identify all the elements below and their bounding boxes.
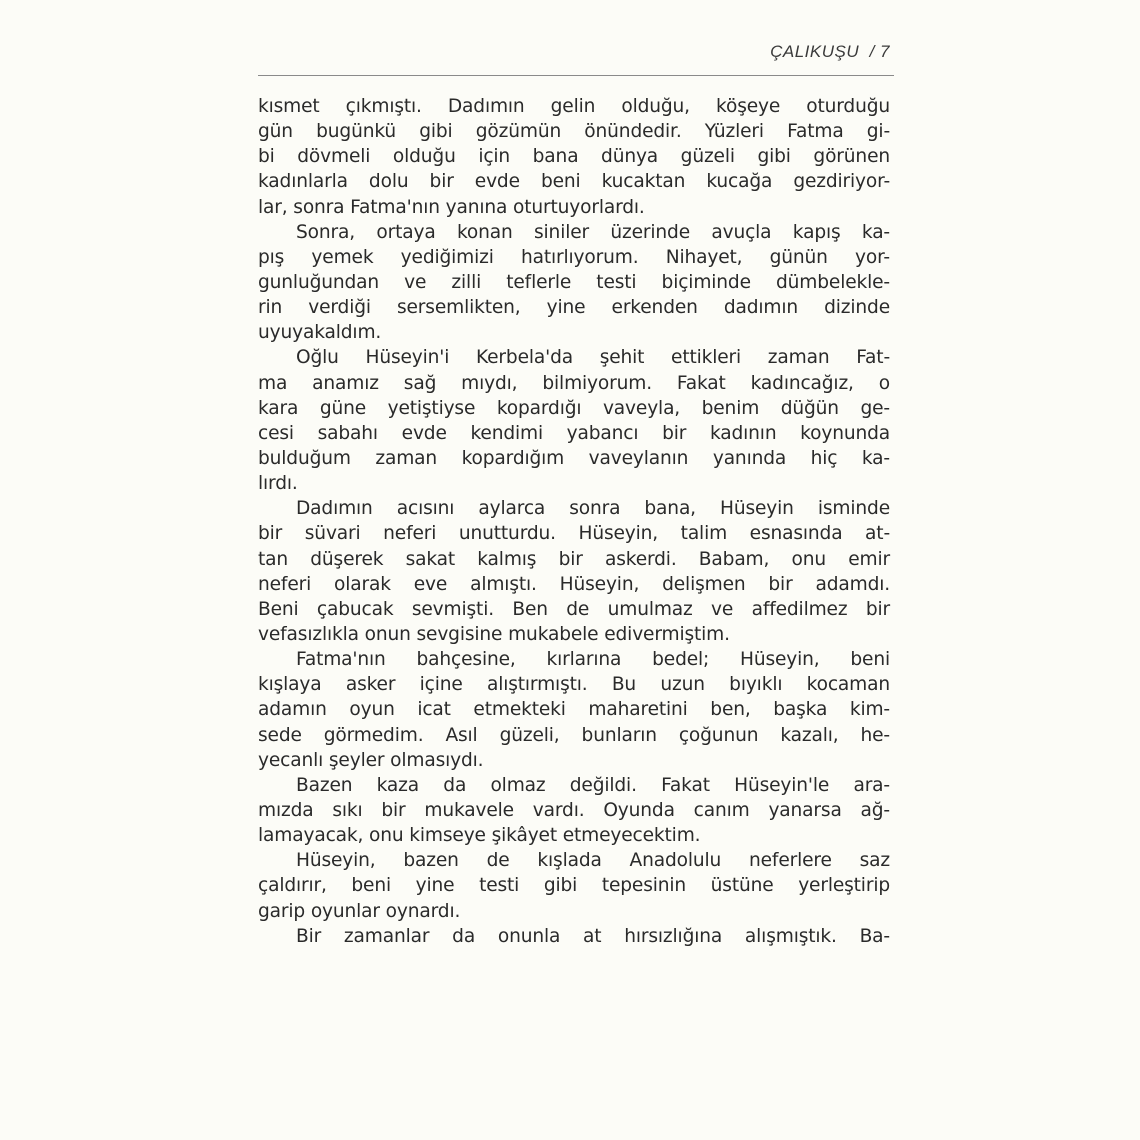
text-line: çaldırır, beni yine testi gibi tepesinin… xyxy=(258,873,890,898)
paragraph: Dadımın acısını aylarca sonra bana, Hüse… xyxy=(258,496,890,647)
text-line: pış yemek yediğimizi hatırlıyorum. Nihay… xyxy=(258,245,890,270)
text-line: kışlaya asker içine alıştırmıştı. Bu uzu… xyxy=(258,672,890,697)
text-line: ma anamız sağ mıydı, bilmiyorum. Fakat k… xyxy=(258,371,890,396)
paragraph: Bir zamanlar da onunla at hırsızlığına a… xyxy=(258,924,890,949)
text-line: bi dövmeli olduğu için bana dünya güzeli… xyxy=(258,144,890,169)
text-line: bulduğum zaman kopardığım vaveylanın yan… xyxy=(258,446,890,471)
text-line: rin verdiği sersemlikten, yine erkenden … xyxy=(258,295,890,320)
book-page: ÇALIKUŞU / 7 kısmet çıkmıştı. Dadımın ge… xyxy=(0,0,1140,1140)
text-line: lamayacak, onu kimseye şikâyet etmeyecek… xyxy=(258,823,890,848)
text-line: Bir zamanlar da onunla at hırsızlığına a… xyxy=(258,924,890,949)
text-line: lırdı. xyxy=(258,471,890,496)
text-line: tan düşerek sakat kalmış bir askerdi. Ba… xyxy=(258,547,890,572)
paragraph: Oğlu Hüseyin'i Kerbela'da şehit ettikler… xyxy=(258,345,890,496)
book-title: ÇALIKUŞU xyxy=(770,42,859,61)
text-line: gunluğundan ve zilli teflerle testi biçi… xyxy=(258,270,890,295)
text-line: bir süvari neferi unutturdu. Hüseyin, ta… xyxy=(258,521,890,546)
text-line: lar, sonra Fatma'nın yanına oturtuyorlar… xyxy=(258,195,890,220)
paragraph: Bazen kaza da olmaz değildi. Fakat Hüsey… xyxy=(258,773,890,848)
text-line: Fatma'nın bahçesine, kırlarına bedel; Hü… xyxy=(258,647,890,672)
text-line: Beni çabucak sevmişti. Ben de umulmaz ve… xyxy=(258,597,890,622)
text-line: yecanlı şeyler olmasıydı. xyxy=(258,748,890,773)
header-rule xyxy=(258,75,894,76)
text-line: uyuyakaldım. xyxy=(258,320,890,345)
text-line: adamın oyun icat etmekteki maharetini be… xyxy=(258,697,890,722)
text-line: gün bugünkü gibi gözümün önündedir. Yüzl… xyxy=(258,119,890,144)
text-line: Dadımın acısını aylarca sonra bana, Hüse… xyxy=(258,496,890,521)
paragraph: Fatma'nın bahçesine, kırlarına bedel; Hü… xyxy=(258,647,890,773)
text-line: garip oyunlar oynardı. xyxy=(258,899,890,924)
paragraph: kısmet çıkmıştı. Dadımın gelin olduğu, k… xyxy=(258,94,890,220)
text-line: Sonra, ortaya konan siniler üzerinde avu… xyxy=(258,220,890,245)
paragraph: Sonra, ortaya konan siniler üzerinde avu… xyxy=(258,220,890,346)
text-line: Bazen kaza da olmaz değildi. Fakat Hüsey… xyxy=(258,773,890,798)
text-line: Hüseyin, bazen de kışlada Anadolulu nefe… xyxy=(258,848,890,873)
running-head: ÇALIKUŞU / 7 xyxy=(700,42,890,62)
text-line: kara güne yetiştiyse kopardığı vaveyla, … xyxy=(258,396,890,421)
text-line: sede görmedim. Asıl güzeli, bunların çoğ… xyxy=(258,723,890,748)
text-line: vefasızlıkla onun sevgisine mukabele edi… xyxy=(258,622,890,647)
header-separator: / xyxy=(870,42,875,61)
paragraph: Hüseyin, bazen de kışlada Anadolulu nefe… xyxy=(258,848,890,923)
text-line: kadınlarla dolu bir evde beni kucaktan k… xyxy=(258,169,890,194)
text-line: Oğlu Hüseyin'i Kerbela'da şehit ettikler… xyxy=(258,345,890,370)
body-text: kısmet çıkmıştı. Dadımın gelin olduğu, k… xyxy=(258,94,890,949)
text-line: kısmet çıkmıştı. Dadımın gelin olduğu, k… xyxy=(258,94,890,119)
text-line: mızda sıkı bir mukavele vardı. Oyunda ca… xyxy=(258,798,890,823)
text-line: neferi olarak eve almıştı. Hüseyin, deli… xyxy=(258,572,890,597)
page-number: 7 xyxy=(880,42,890,61)
text-line: cesi sabahı evde kendimi yabancı bir kad… xyxy=(258,421,890,446)
